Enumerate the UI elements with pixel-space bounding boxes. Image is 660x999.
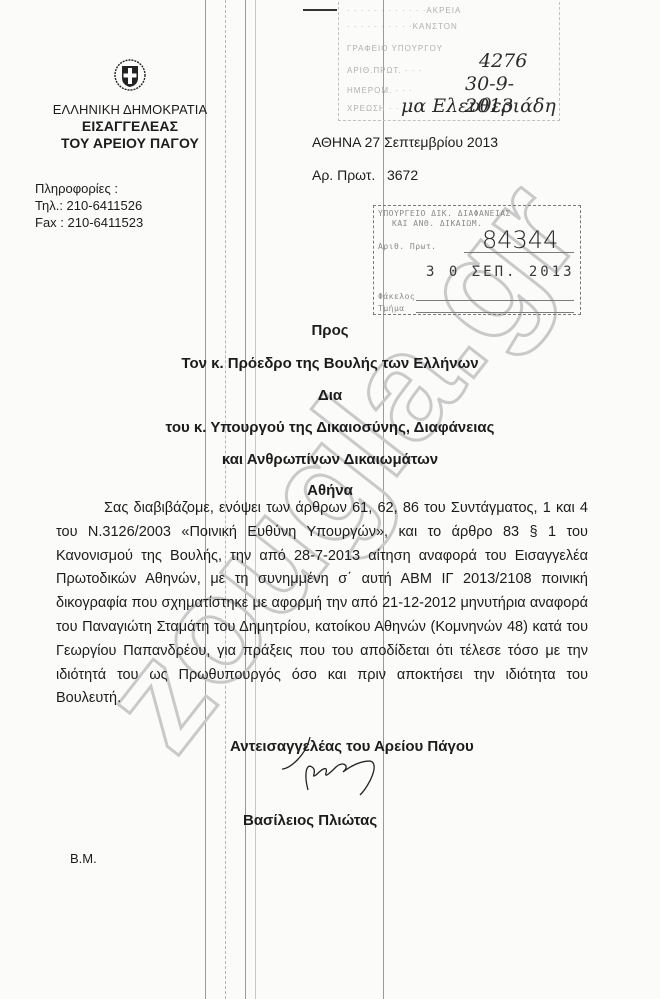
- signatory-name: Βασίλειος Πλιώτας: [243, 812, 377, 829]
- stamp-faint-text: ΑΡΙΘ.ΠΡΩΤ. · · ·: [347, 66, 422, 75]
- stamp-label: Φάκελος: [378, 292, 415, 301]
- header-country: ΕΛΛΗΝΙΚΗ ΔΗΜΟΚΡΑΤΙΑ: [40, 101, 220, 118]
- stamp-faint-text: ΚΑΙ ΑΝΘ. ΔΙΚΑΙΩΜ.: [392, 219, 482, 228]
- protocol-label: Αρ. Πρωτ.: [312, 167, 375, 183]
- stamp-faint-text: · · · · · · · · · · · ·ΑΚΡΕΙΑ: [347, 6, 461, 15]
- stamp-label: Τμήμα: [378, 304, 405, 313]
- registry-stamp: · · · · · · · · · · · ·ΑΚΡΕΙΑ · · · · · …: [338, 2, 560, 121]
- contact-fax: Fax : 210-6411523: [35, 214, 143, 231]
- stamp-faint-text: · · · · · · · · · ·ΚΑΝΣΤΟΝ: [347, 22, 458, 31]
- stamp-faint-text: ΧΡΕΩΣΗ · · ·: [347, 104, 406, 113]
- stamp-faint-text: ΗΜΕΡΟΜ. · · ·: [347, 86, 413, 95]
- protocol-value: 3672: [387, 167, 418, 183]
- header-office: ΕΙΣΑΓΓΕΛΕΑΣ: [40, 118, 220, 135]
- stamp-assignee: μα Ελευθεριάδη: [401, 95, 556, 117]
- stamp-number: 4276: [479, 50, 527, 72]
- document-date: ΑΘΗΝΑ 27 Σεπτεμβρίου 2013: [312, 134, 498, 150]
- contact-phone: Τηλ.: 210-6411526: [35, 197, 143, 214]
- stamp-date: 3 0 ΣΕΠ. 2013: [426, 264, 575, 280]
- stamp-underline: [464, 252, 574, 253]
- letter-body: Σας διαβιβάζομε, ενόψει των άρθρων 61, 6…: [56, 497, 588, 711]
- body-paragraph: Σας διαβιβάζομε, ενόψει των άρθρων 61, 6…: [56, 497, 588, 711]
- stamp-underline: [416, 300, 574, 301]
- stamp-number: 84344: [482, 226, 558, 254]
- stamp-faint-text: ΓΡΑΦΕΙΟ ΥΠΟΥΡΓΟΥ: [347, 44, 443, 53]
- stamp-underline: [416, 312, 574, 313]
- recipient-line1: Τον κ. Πρόεδρο της Βουλής των Ελλήνων: [0, 355, 660, 372]
- stamp-faint-text: ΥΠΟΥΡΓΕΙΟ ΔΙΚ. ΔΙΑΦΑΝΕΙΑΣ: [378, 209, 511, 218]
- ministry-stamp: ΥΠΟΥΡΓΕΙΟ ΔΙΚ. ΔΙΑΦΑΝΕΙΑΣ ΚΑΙ ΑΝΘ. ΔΙΚΑΙ…: [373, 205, 581, 315]
- letterhead: ΕΛΛΗΝΙΚΗ ΔΗΜΟΚΡΑΤΙΑ ΕΙΣΑΓΓΕΛΕΑΣ ΤΟΥ ΑΡΕΙ…: [40, 58, 220, 152]
- divider: [303, 9, 337, 11]
- stamp-number-label: Αριθ. Πρωτ.: [378, 242, 436, 251]
- header-court: ΤΟΥ ΑΡΕΙΟΥ ΠΑΓΟΥ: [40, 135, 220, 152]
- greek-coat-of-arms-icon: [113, 58, 147, 92]
- recipient-via: Δια: [0, 387, 660, 404]
- author-initials: Β.Μ.: [70, 851, 97, 866]
- protocol-number: Αρ. Πρωτ. 3672: [312, 167, 418, 183]
- contact-label: Πληροφορίες :: [35, 180, 143, 197]
- recipient-line3: και Ανθρωπίνων Δικαιωμάτων: [0, 451, 660, 468]
- signature-icon: [270, 735, 380, 810]
- recipient-line2: του κ. Υπουργού της Δικαιοσύνης, Διαφάνε…: [0, 419, 660, 436]
- contact-info: Πληροφορίες : Τηλ.: 210-6411526 Fax : 21…: [35, 180, 143, 231]
- recipient-to: Προς: [0, 322, 660, 339]
